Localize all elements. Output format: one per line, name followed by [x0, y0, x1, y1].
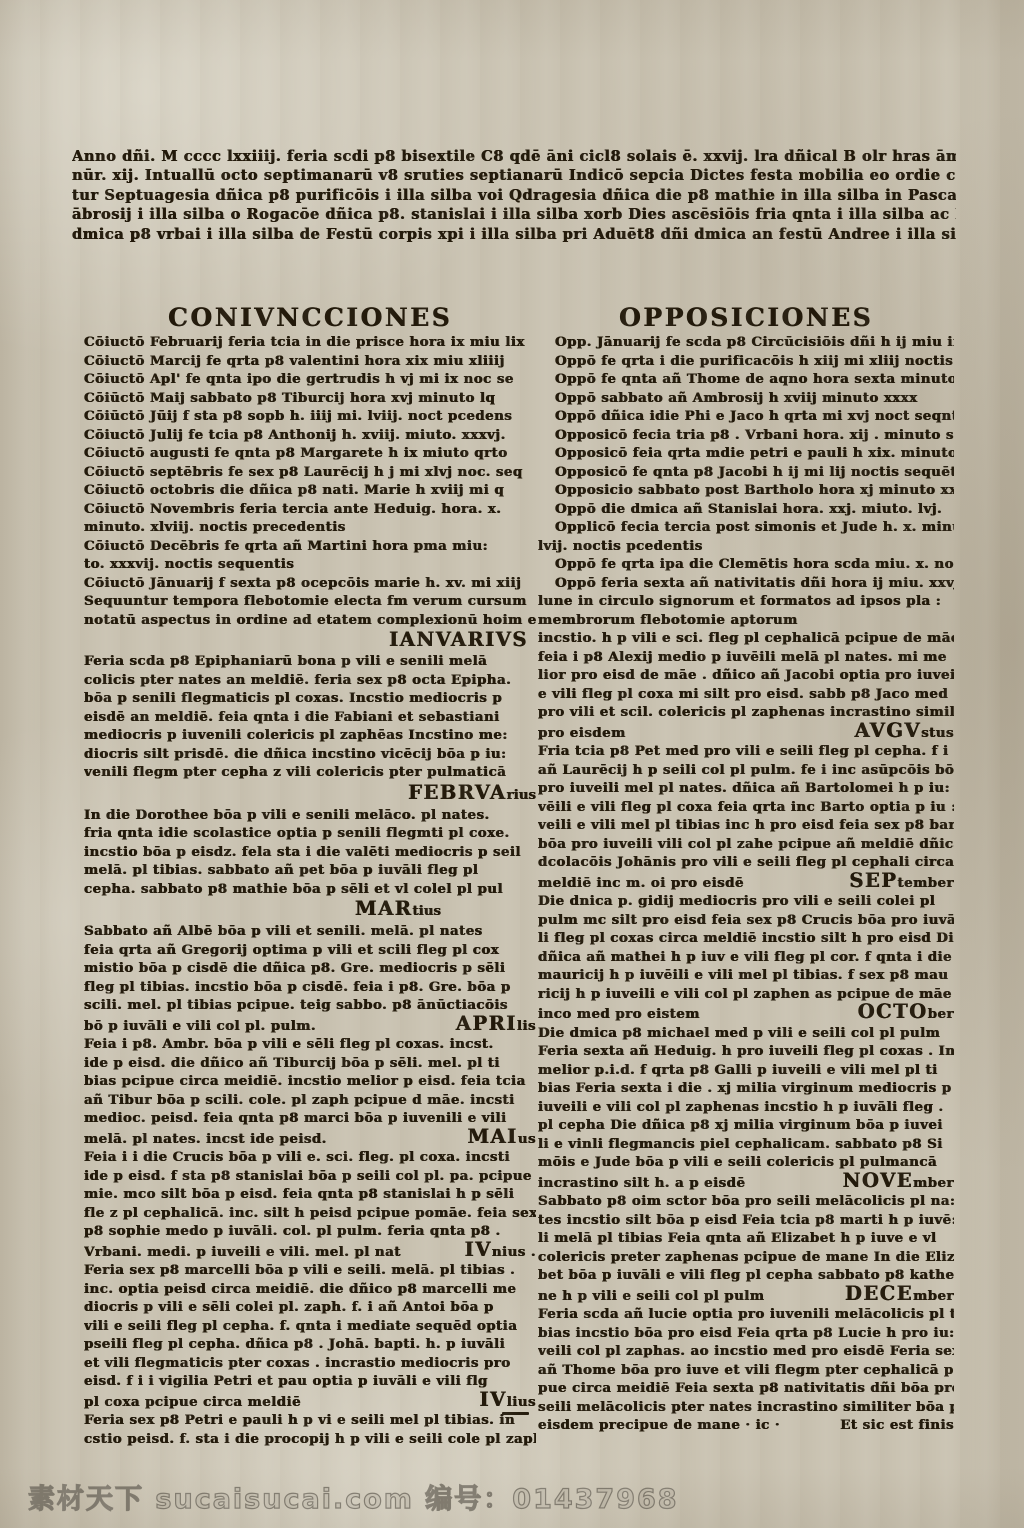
month-heading-large: SEP: [849, 872, 897, 892]
text-line: et vili flegmaticis pter coxas . incrast…: [84, 1354, 536, 1373]
text-line-content: pl coxa pcipue circa meldiē: [84, 1393, 301, 1412]
month-heading-small: us: [518, 1131, 536, 1147]
scanned-incunable-page: Anno dñi. M cccc lxxiiij. feria scdi p8 …: [0, 0, 1024, 1528]
text-line: bias pcipue circa meidiē. incstio melior…: [84, 1072, 536, 1091]
text-line-content: et vili flegmaticis pter coxas . incrast…: [84, 1354, 511, 1373]
text-line: mōis e Jude bōa p vili e seili colericis…: [538, 1153, 954, 1172]
text-line: incstio bōa p eisdz. fela sta i die valē…: [84, 843, 536, 862]
text-line: Feria sex p8 Petri e pauli h p vi e seil…: [84, 1411, 536, 1430]
text-line-content: pseili fleg pl cepha. dñica p8 . Johā. b…: [84, 1335, 505, 1354]
text-line-content: notatū aspectus in ordine ad etatem comp…: [84, 611, 536, 630]
text-line-content: Oppō fe qnta añ Thome de aqno hora sexta…: [555, 370, 954, 389]
month-heading-small: rius: [507, 787, 536, 803]
text-line: inco med pro eistemOCTOber: [538, 1003, 954, 1024]
text-line: fria qnta idie scolastice optia p senili…: [84, 824, 536, 843]
text-line-content: pulm mc silt pro eisd feia sex p8 Crucis…: [538, 911, 954, 930]
text-line: Opposicō fecia tria p8 . Vrbani hora. xi…: [538, 426, 954, 445]
text-line-content: Oppō sabbato añ Ambrosij h xviij minuto …: [555, 389, 918, 408]
text-line-content: ricij h p iuveili e vili col pl zaphen a…: [538, 985, 952, 1004]
text-line-content: lvij. noctis pcedentis: [538, 537, 703, 556]
watermark-text: 素材天下 sucaisucai.com 编号：01437968: [28, 1477, 679, 1516]
text-line: Cōiuctō Decēbris fe qrta añ Martini hora…: [84, 537, 536, 556]
text-line: Feria sex p8 marcelli bōa p vili e seili…: [84, 1261, 536, 1280]
text-line: p8 sophie medo p iuvāli. col. pl pulm. f…: [84, 1222, 536, 1241]
text-line-content: Cōiūctō Jūij f sta p8 sopb h. iiij mi. l…: [84, 407, 512, 426]
month-heading-large: FEBRVA: [408, 781, 506, 804]
text-line-content: diocris p vili e sēli colei pl. zaph. f.…: [84, 1298, 494, 1317]
text-line-content: mediocris p iuvenili colericis pl zaphēa…: [84, 726, 508, 745]
text-line: bōa pro iuveili vili col pl zahe pcipue …: [538, 835, 954, 854]
text-line-content: añ Thome bōa pro iuve et vili flegm pter…: [538, 1361, 954, 1380]
text-line-content: pro eisdem: [538, 724, 626, 743]
text-line-content: Feia i p8. Ambr. bōa p vili e sēli fleg …: [84, 1035, 494, 1054]
text-line-content: Cōiuctō Apl' fe qnta ipo die gertrudis h…: [84, 370, 514, 389]
text-line-content: Sabbato p8 oim sctor bōa pro seili melāc…: [538, 1192, 954, 1211]
text-line: pl coxa pcipue circa meldiēIVlius: [84, 1391, 536, 1412]
text-line-content: inco med pro eistem: [538, 1005, 700, 1024]
text-line: li fleg pl coxas circa meldiē incstio si…: [538, 929, 954, 948]
text-line-content: Feria sex p8 Petri e pauli h p vi e seil…: [84, 1411, 515, 1430]
text-line-content: feia qrta añ Gregorij optima p vili et s…: [84, 941, 499, 960]
month-heading-small: nius .: [492, 1244, 536, 1260]
text-line-content: eisd. f i i vigilia Petri et pau optia p…: [84, 1372, 488, 1391]
text-line-content: veili col pl zaphas. ao incstio med pro …: [538, 1342, 954, 1361]
text-line: Cōiuctō Marcij fe qrta p8 valentini hora…: [84, 352, 536, 371]
text-line-content: vēili e vili fleg pl coxa feia qrta inc …: [538, 798, 954, 817]
text-line-content: mie. mco silt bōa p eisd. feia qnta p8 s…: [84, 1185, 514, 1204]
text-line: fle z pl cephalicā. inc. silt h peisd pc…: [84, 1204, 536, 1223]
text-line: iuveili e vili col pl zaphenas incstio h…: [538, 1098, 954, 1117]
text-line-content: Die dnica p. gidij mediocris pro vili e …: [538, 892, 935, 911]
text-line: lune in circulo signorum et formatos ad …: [538, 592, 954, 611]
text-line-content: Feia i i die Crucis bōa p vili e. sci. f…: [84, 1148, 510, 1167]
month-heading-large: DECE: [845, 1285, 913, 1305]
text-line-content: Opposicō fe qnta p8 Jacobi h ij mi lij n…: [555, 463, 954, 482]
text-line-content: Cōiuctō Februarij feria tcia in die pris…: [84, 333, 525, 352]
text-line: Cōiuctō Julij fe tcia p8 Anthonij h. xvi…: [84, 426, 536, 445]
text-line: eisdē an meldiē. feia qnta i die Fabiani…: [84, 708, 536, 727]
text-line: Feia i i die Crucis bōa p vili e. sci. f…: [84, 1148, 536, 1167]
signature-mark: [502, 1412, 529, 1415]
text-line: Oppō fe qnta añ Thome de aqno hora sexta…: [538, 370, 954, 389]
text-line: e vili fleg pl coxa mi silt pro eisd. sa…: [538, 685, 954, 704]
text-line-content: dñica añ mathei h p iuv e vili fleg pl c…: [538, 948, 952, 967]
text-line-content: Feria sex p8 marcelli bōa p vili e seili…: [84, 1261, 515, 1280]
text-line: tes incstio silt bōa p eisd Feia tcia p8…: [538, 1211, 954, 1230]
text-line-content: incstio bōa p eisdz. fela sta i die valē…: [84, 843, 521, 862]
text-line: Sequuntur tempora flebotomie electa fm v…: [84, 592, 536, 611]
text-line-content: lune in circulo signorum et formatos ad …: [538, 592, 941, 611]
text-line-content: veili e vili mel pl tibias inc h pro eis…: [538, 816, 954, 835]
left-column: CONIVNCCIONESCōiuctō Februarij feria tci…: [84, 303, 536, 1448]
text-line: pulm mc silt pro eisd feia sex p8 Crucis…: [538, 911, 954, 930]
month-heading-small: lius: [507, 1394, 536, 1410]
text-line: eisdem precipue de mane · ic ·Et sic est…: [538, 1416, 954, 1435]
month-heading-small: tember: [897, 875, 954, 891]
text-line: mauricij h p iuvēili e vili mel pl tibia…: [538, 966, 954, 985]
month-heading-large: MAI: [467, 1128, 517, 1148]
text-line-content: Oppō fe qrta ipa die Clemētis hora scda …: [555, 555, 954, 574]
text-line-content: Opposicō fecia tria p8 . Vrbani hora. xi…: [555, 426, 954, 445]
text-line: Opposicō fe qnta p8 Jacobi h ij mi lij n…: [538, 463, 954, 482]
text-line-content: minuto. xlviij. noctis precedentis: [84, 518, 346, 537]
text-line: colicis pter nates an meldiē. feria sex …: [84, 671, 536, 690]
text-line-content: Cōiuctō Novembris feria tercia ante Hedu…: [84, 500, 501, 519]
text-line-content: Oppō fe qrta i die purificacōis h xiij m…: [555, 352, 954, 371]
month-heading-large: IV: [479, 1391, 506, 1411]
text-line: Oppō sabbato añ Ambrosij h xviij minuto …: [538, 389, 954, 408]
month-heading: MAIus: [461, 1128, 536, 1149]
text-line-content: e vili fleg pl coxa mi silt pro eisd. sa…: [538, 685, 948, 704]
text-line: Cōiūctō Jūij f sta p8 sopb h. iiij mi. l…: [84, 407, 536, 426]
text-line-content: medioc. peisd. feia qnta p8 marci bōa p …: [84, 1109, 507, 1128]
text-line-content: bet bōa p iuvāli e vili fleg pl cepha sa…: [538, 1266, 954, 1285]
right-column: OPPOSICIONESOpp. Jānuarij fe scda p8 Cir…: [538, 303, 954, 1435]
text-line-content: Vrbani. medi. p iuveili e vili. mel. pl …: [84, 1243, 401, 1262]
text-line-content: Fria tcia p8 Pet med pro vili e seili fl…: [538, 742, 949, 761]
text-line: mistio bōa p cisdē die dñica p8. Gre. me…: [84, 959, 536, 978]
text-line-content: pro iuveili mel pl nates. dñica añ Barto…: [538, 779, 950, 798]
section-heading: OPPOSICIONES: [538, 303, 954, 333]
text-line-content: Cōiuctō octobris die dñica p8 nati. Mari…: [84, 481, 504, 500]
month-heading-large: APRI: [456, 1015, 517, 1035]
text-line-content: ide p eisd. die dñico añ Tiburcij bōa p …: [84, 1054, 500, 1073]
text-line-content: Oppō dñica idie Phi e Jaco h qrta mi xvj…: [555, 407, 954, 426]
text-line-content: dcolacōis Johānis pro vili e seili fleg …: [538, 853, 954, 872]
text-line-content: inc. optia peisd circa meidiē. die dñico…: [84, 1280, 516, 1299]
text-line: incrastino silt h. a p eisdēNOVEmber: [538, 1172, 954, 1193]
text-line: inc. optia peisd circa meidiē. die dñico…: [84, 1280, 536, 1299]
text-line-content: mōis e Jude bōa p vili e seili colericis…: [538, 1153, 937, 1172]
text-line-content: ide p eisd. f sta p8 stanislai bōa p sei…: [84, 1167, 536, 1186]
text-line-content: bias incstio bōa pro eisd Feia qrta p8 L…: [538, 1324, 954, 1343]
text-line: eisd. f i i vigilia Petri et pau optia p…: [84, 1372, 536, 1391]
text-line: seili melācolicis pter nates incrastino …: [538, 1398, 954, 1417]
text-line: cepha. sabbato p8 mathie bōa p sēli et v…: [84, 880, 536, 899]
text-line-content: membrorum flebotomie aptorum: [538, 611, 798, 630]
text-line-content: Cōiuctō septēbris fe sex p8 Laurēcij h j…: [84, 463, 523, 482]
text-line-content: li e vinli flegmancis piel cephalicam. s…: [538, 1135, 943, 1154]
text-line: añ Laurēcij h p seili col pl pulm. fe i …: [538, 761, 954, 780]
text-line-content: melā. pl tibias. sabbato añ pet bōa p iu…: [84, 861, 478, 880]
text-line: lvij. noctis pcedentis: [538, 537, 954, 556]
text-line: Cōiuctō octobris die dñica p8 nati. Mari…: [84, 481, 536, 500]
text-line: Opposicio sabbato post Bartholo hora xj …: [538, 481, 954, 500]
text-line: pseili fleg pl cepha. dñica p8 . Johā. b…: [84, 1335, 536, 1354]
text-line: mediocris p iuvenili colericis pl zaphēa…: [84, 726, 536, 745]
text-line-content: Cōiuctō Julij fe tcia p8 Anthonij h. xvi…: [84, 426, 506, 445]
text-line: añ Thome bōa pro iuve et vili flegm pter…: [538, 1361, 954, 1380]
text-line-content: incstio. h p vili e sci. fleg pl cephali…: [538, 629, 954, 648]
text-line: meldiē inc m. oi pro eisdēSEPtember: [538, 872, 954, 893]
text-line-content: melā. pl nates. incst ide peisd.: [84, 1130, 327, 1149]
month-heading-large: IANVARIVS: [389, 628, 528, 651]
text-line: bias Feria sexta i die . xj milia virgin…: [538, 1079, 954, 1098]
text-line: bias incstio bōa pro eisd Feia qrta p8 L…: [538, 1324, 954, 1343]
text-line: pue circa meidiē Feia sexta p8 nativitat…: [538, 1379, 954, 1398]
text-line-content: Feria sexta añ Heduig. h pro iuveili fle…: [538, 1042, 954, 1061]
text-line-content: bias Feria sexta i die . xj milia virgin…: [538, 1079, 952, 1098]
text-line: ide p eisd. die dñico añ Tiburcij bōa p …: [84, 1054, 536, 1073]
text-line-content: p8 sophie medo p iuvāli. col. pl pulm. f…: [84, 1222, 501, 1241]
text-line: Die dnica p. gidij mediocris pro vili e …: [538, 892, 954, 911]
text-line: scili. mel. pl tibias pcipue. teig sabbo…: [84, 996, 536, 1015]
text-line: bō p iuvāli e vili col pl. pulm.APRIlis: [84, 1015, 536, 1036]
month-heading: SEPtember: [843, 872, 954, 893]
text-line-content: li melā pl tibias Feia qnta añ Elizabet …: [538, 1229, 937, 1248]
text-line: Cōiuctō Jānuarij f sexta p8 ocepcōis mar…: [84, 574, 536, 593]
text-line: Feia i p8. Ambr. bōa p vili e sēli fleg …: [84, 1035, 536, 1054]
text-line: fleg pl tibias. incstio bōa p cisdē. fei…: [84, 978, 536, 997]
text-line: añ Tibur bōa p scili. cole. pl zaph pcip…: [84, 1091, 536, 1110]
text-line: Oppō die dmica añ Stanislai hora. xxj. m…: [538, 500, 954, 519]
text-line-content: In die Dorothee bōa p vili e senili melā…: [84, 806, 490, 825]
month-heading: APRIlis: [450, 1015, 536, 1036]
text-line: incstio. h p vili e sci. fleg pl cephali…: [538, 629, 954, 648]
text-line-content: bias pcipue circa meidiē. incstio melior…: [84, 1072, 526, 1091]
text-line: li e vinli flegmancis piel cephalicam. s…: [538, 1135, 954, 1154]
text-line: melā. pl nates. incst ide peisd.MAIus: [84, 1128, 536, 1149]
text-line: Oppō fe qrta i die purificacōis h xiij m…: [538, 352, 954, 371]
text-line: pro iuveili mel pl nates. dñica añ Barto…: [538, 779, 954, 798]
month-heading: AVGVstus: [849, 722, 954, 743]
text-line: Cōiuctō septēbris fe sex p8 Laurēcij h j…: [84, 463, 536, 482]
text-line-content: venili flegm pter cepha z vili colericis…: [84, 763, 506, 782]
text-line-content: añ Laurēcij h p seili col pl pulm. fe i …: [538, 761, 954, 780]
intro-line: dmica p8 vrbai i illa silba de Festū cor…: [72, 225, 956, 244]
text-line-content: scili. mel. pl tibias pcipue. teig sabbo…: [84, 996, 508, 1015]
month-heading-small: stus: [921, 725, 954, 741]
text-line: bōa p senili flegmaticis pl coxas. Incst…: [84, 689, 536, 708]
month-heading: IVnius .: [459, 1241, 536, 1262]
text-line: notatū aspectus in ordine ad etatem comp…: [84, 611, 536, 630]
month-heading-small: tius: [412, 903, 441, 919]
text-line: Cōiuctō augusti fe qnta p8 Margarete h i…: [84, 444, 536, 463]
text-line-content: seili melācolicis pter nates incrastino …: [538, 1398, 954, 1417]
text-line: Fria tcia p8 Pet med pro vili e seili fl…: [538, 742, 954, 761]
text-line-content: Sequuntur tempora flebotomie electa fm v…: [84, 592, 527, 611]
text-line: melā. pl tibias. sabbato añ pet bōa p iu…: [84, 861, 536, 880]
text-line-content: meldiē inc m. oi pro eisdē: [538, 874, 744, 893]
text-line: Die dmica p8 michael med p vili e seili …: [538, 1024, 954, 1043]
text-line: diocris p vili e sēli colei pl. zaph. f.…: [84, 1298, 536, 1317]
text-line-content: Die dmica p8 michael med p vili e seili …: [538, 1024, 940, 1043]
text-line: Cōiuctō Apl' fe qnta ipo die gertrudis h…: [84, 370, 536, 389]
text-line: medioc. peisd. feia qnta p8 marci bōa p …: [84, 1109, 536, 1128]
month-heading-small: lis: [517, 1018, 536, 1034]
month-heading-large: OCTO: [858, 1003, 928, 1023]
text-line: ne h p vili e seili col pl pulmDECEmber: [538, 1285, 954, 1306]
text-line-content: cepha. sabbato p8 mathie bōa p sēli et v…: [84, 880, 503, 899]
text-line: Opp. Jānuarij fe scda p8 Circūcisiōis dñ…: [538, 333, 954, 352]
intro-line: tur Septuagesia dñica p8 purificōis i il…: [72, 186, 956, 205]
text-line-content: fleg pl tibias. incstio bōa p cisdē. fei…: [84, 978, 511, 997]
intro-paragraph: Anno dñi. M cccc lxxiiij. feria scdi p8 …: [72, 147, 956, 244]
month-heading: FEBRVArius: [84, 782, 536, 806]
text-line: melior p.i.d. f qrta p8 Galli p iuveili …: [538, 1061, 954, 1080]
intro-line: Anno dñi. M cccc lxxiiij. feria scdi p8 …: [72, 147, 956, 166]
month-heading-large: NOVE: [843, 1172, 913, 1192]
text-line: vēili e vili fleg pl coxa feia qrta inc …: [538, 798, 954, 817]
text-line: cstio peisd. f. sta i die procopij h p v…: [84, 1430, 536, 1449]
text-line: feia qrta añ Gregorij optima p vili et s…: [84, 941, 536, 960]
text-line-content: melior p.i.d. f qrta p8 Galli p iuveili …: [538, 1061, 938, 1080]
text-line-content: colicis pter nates an meldiē. feria sex …: [84, 671, 511, 690]
month-heading-small: ber: [928, 1006, 954, 1022]
intro-line: ābrosij i illa silba o Rogacōe dñica p8.…: [72, 205, 956, 224]
text-line-content: bōa p senili flegmaticis pl coxas. Incst…: [84, 689, 502, 708]
text-line: bet bōa p iuvāli e vili fleg pl cepha sa…: [538, 1266, 954, 1285]
text-line: dcolacōis Johānis pro vili e seili fleg …: [538, 853, 954, 872]
month-heading: NOVEmber: [837, 1172, 954, 1193]
month-heading: MARtius: [84, 898, 536, 922]
text-line: Cōiūctō Maij sabbato p8 Tiburcij hora xv…: [84, 389, 536, 408]
line-end-text: Et sic est finis: [834, 1416, 954, 1435]
text-line-content: Cōiūctō Maij sabbato p8 Tiburcij hora xv…: [84, 389, 495, 408]
text-line-content: Opposicō feia qrta mdie petri e pauli h …: [555, 444, 954, 463]
month-heading-small: mber: [913, 1288, 954, 1304]
text-line-content: fle z pl cephalicā. inc. silt h peisd pc…: [84, 1204, 536, 1223]
text-line: Oppō fe qrta ipa die Clemētis hora scda …: [538, 555, 954, 574]
text-line-content: Sabbato añ Albē bōa p vili et senili. me…: [84, 922, 483, 941]
text-line-content: eisdē an meldiē. feia qnta i die Fabiani…: [84, 708, 500, 727]
text-line: venili flegm pter cepha z vili colericis…: [84, 763, 536, 782]
text-line: li melā pl tibias Feia qnta añ Elizabet …: [538, 1229, 954, 1248]
text-line-content: Oppō feria sexta añ nativitatis dñi hora…: [555, 574, 954, 593]
text-line-content: to. xxxvij. noctis sequentis: [84, 555, 294, 574]
text-line: pro vili et scil. colericis pl zaphenas …: [538, 703, 954, 722]
text-line: Opplicō fecia tercia post simonis et Jud…: [538, 518, 954, 537]
text-line: pl cepha Die dñica p8 xj milia virginum …: [538, 1116, 954, 1135]
text-line: minuto. xlviij. noctis precedentis: [84, 518, 536, 537]
text-line-content: colericis preter zaphenas pcipue de mane…: [538, 1248, 954, 1267]
text-line: to. xxxvij. noctis sequentis: [84, 555, 536, 574]
month-heading: IANVARIVS: [84, 629, 536, 652]
text-line-content: incrastino silt h. a p eisdē: [538, 1174, 745, 1193]
month-heading: OCTOber: [852, 1003, 954, 1024]
text-line: Opposicō feia qrta mdie petri e pauli h …: [538, 444, 954, 463]
text-line-content: bō p iuvāli e vili col pl. pulm.: [84, 1017, 316, 1036]
text-line: veili col pl zaphas. ao incstio med pro …: [538, 1342, 954, 1361]
text-line-content: Feria scda p8 Epiphaniarū bona p vili e …: [84, 652, 487, 671]
text-line: Oppō dñica idie Phi e Jaco h qrta mi xvj…: [538, 407, 954, 426]
text-line: Cōiuctō Novembris feria tercia ante Hedu…: [84, 500, 536, 519]
month-heading-large: AVGV: [855, 722, 922, 742]
text-line: Vrbani. medi. p iuveili e vili. mel. pl …: [84, 1241, 536, 1262]
text-line-content: iuveili e vili col pl zaphenas incstio h…: [538, 1098, 944, 1117]
text-line-content: Cōiuctō Decēbris fe qrta añ Martini hora…: [84, 537, 488, 556]
text-line: ide p eisd. f sta p8 stanislai bōa p sei…: [84, 1167, 536, 1186]
text-line: ricij h p iuveili e vili col pl zaphen a…: [538, 985, 954, 1004]
text-line: dñica añ mathei h p iuv e vili fleg pl c…: [538, 948, 954, 967]
text-line-content: Opposicio sabbato post Bartholo hora xj …: [555, 481, 954, 500]
text-line: Feria sexta añ Heduig. h pro iuveili fle…: [538, 1042, 954, 1061]
text-line-content: añ Tibur bōa p scili. cole. pl zaph pcip…: [84, 1091, 515, 1110]
text-line-content: tes incstio silt bōa p eisd Feia tcia p8…: [538, 1211, 954, 1230]
text-line-content: Feria scda añ lucie optia pro iuvenili m…: [538, 1305, 954, 1324]
text-line-content: bōa pro iuveili vili col pl zahe pcipue …: [538, 835, 954, 854]
text-line-content: vili e seili fleg pl cepha. f. qnta i me…: [84, 1317, 517, 1336]
section-heading: CONIVNCCIONES: [84, 303, 536, 333]
text-line-content: lior pro eisd de māe . dñico añ Jacobi o…: [538, 666, 954, 685]
text-line: feia i p8 Alexij medio p iuvēili melā pl…: [538, 648, 954, 667]
text-line-content: Opplicō fecia tercia post simonis et Jud…: [555, 518, 954, 537]
text-line-content: Oppō die dmica añ Stanislai hora. xxj. m…: [555, 500, 942, 519]
text-line: Feria scda p8 Epiphaniarū bona p vili e …: [84, 652, 536, 671]
month-heading: DECEmber: [839, 1285, 954, 1306]
text-line: lior pro eisd de māe . dñico añ Jacobi o…: [538, 666, 954, 685]
text-line: Cōiuctō Februarij feria tcia in die pris…: [84, 333, 536, 352]
text-line-content: ne h p vili e seili col pl pulm: [538, 1287, 764, 1306]
text-line-content: pl cepha Die dñica p8 xj milia virginum …: [538, 1116, 943, 1135]
text-line: Sabbato p8 oim sctor bōa pro seili melāc…: [538, 1192, 954, 1211]
month-heading-large: IV: [465, 1241, 492, 1261]
text-line: membrorum flebotomie aptorum: [538, 611, 954, 630]
text-line-content: li fleg pl coxas circa meldiē incstio si…: [538, 929, 954, 948]
text-line-content: eisdem precipue de mane · ic ·: [538, 1416, 780, 1435]
text-line: colericis preter zaphenas pcipue de mane…: [538, 1248, 954, 1267]
text-line-content: Opp. Jānuarij fe scda p8 Circūcisiōis dñ…: [555, 333, 954, 352]
text-line-content: Cōiuctō augusti fe qnta p8 Margarete h i…: [84, 444, 508, 463]
text-line-content: feia i p8 Alexij medio p iuvēili melā pl…: [538, 648, 947, 667]
text-line: In die Dorothee bōa p vili e senili melā…: [84, 806, 536, 825]
text-line: diocris silt prisdē. die dñica incstino …: [84, 745, 536, 764]
text-line: mie. mco silt bōa p eisd. feia qnta p8 s…: [84, 1185, 536, 1204]
text-line-content: pue circa meidiē Feia sexta p8 nativitat…: [538, 1379, 954, 1398]
month-heading-small: mber: [913, 1175, 954, 1191]
text-line-content: Cōiuctō Marcij fe qrta p8 valentini hora…: [84, 352, 505, 371]
text-line-content: cstio peisd. f. sta i die procopij h p v…: [84, 1430, 536, 1449]
month-heading-large: MAR: [355, 897, 412, 920]
intro-line: nūr. xij. Intuallū octo septimanarū v8 s…: [72, 166, 956, 185]
text-line: vili e seili fleg pl cepha. f. qnta i me…: [84, 1317, 536, 1336]
month-heading: IVlius: [473, 1391, 536, 1412]
text-line: pro eisdemAVGVstus: [538, 722, 954, 743]
text-line: Sabbato añ Albē bōa p vili et senili. me…: [84, 922, 536, 941]
text-line: Feria scda añ lucie optia pro iuvenili m…: [538, 1305, 954, 1324]
text-line-content: pro vili et scil. colericis pl zaphenas …: [538, 703, 954, 722]
text-line: Oppō feria sexta añ nativitatis dñi hora…: [538, 574, 954, 593]
text-line: veili e vili mel pl tibias inc h pro eis…: [538, 816, 954, 835]
text-line-content: fria qnta idie scolastice optia p senili…: [84, 824, 510, 843]
text-line-content: Cōiuctō Jānuarij f sexta p8 ocepcōis mar…: [84, 574, 521, 593]
text-line-content: diocris silt prisdē. die dñica incstino …: [84, 745, 506, 764]
text-line-content: mauricij h p iuvēili e vili mel pl tibia…: [538, 966, 948, 985]
text-line-content: mistio bōa p cisdē die dñica p8. Gre. me…: [84, 959, 505, 978]
